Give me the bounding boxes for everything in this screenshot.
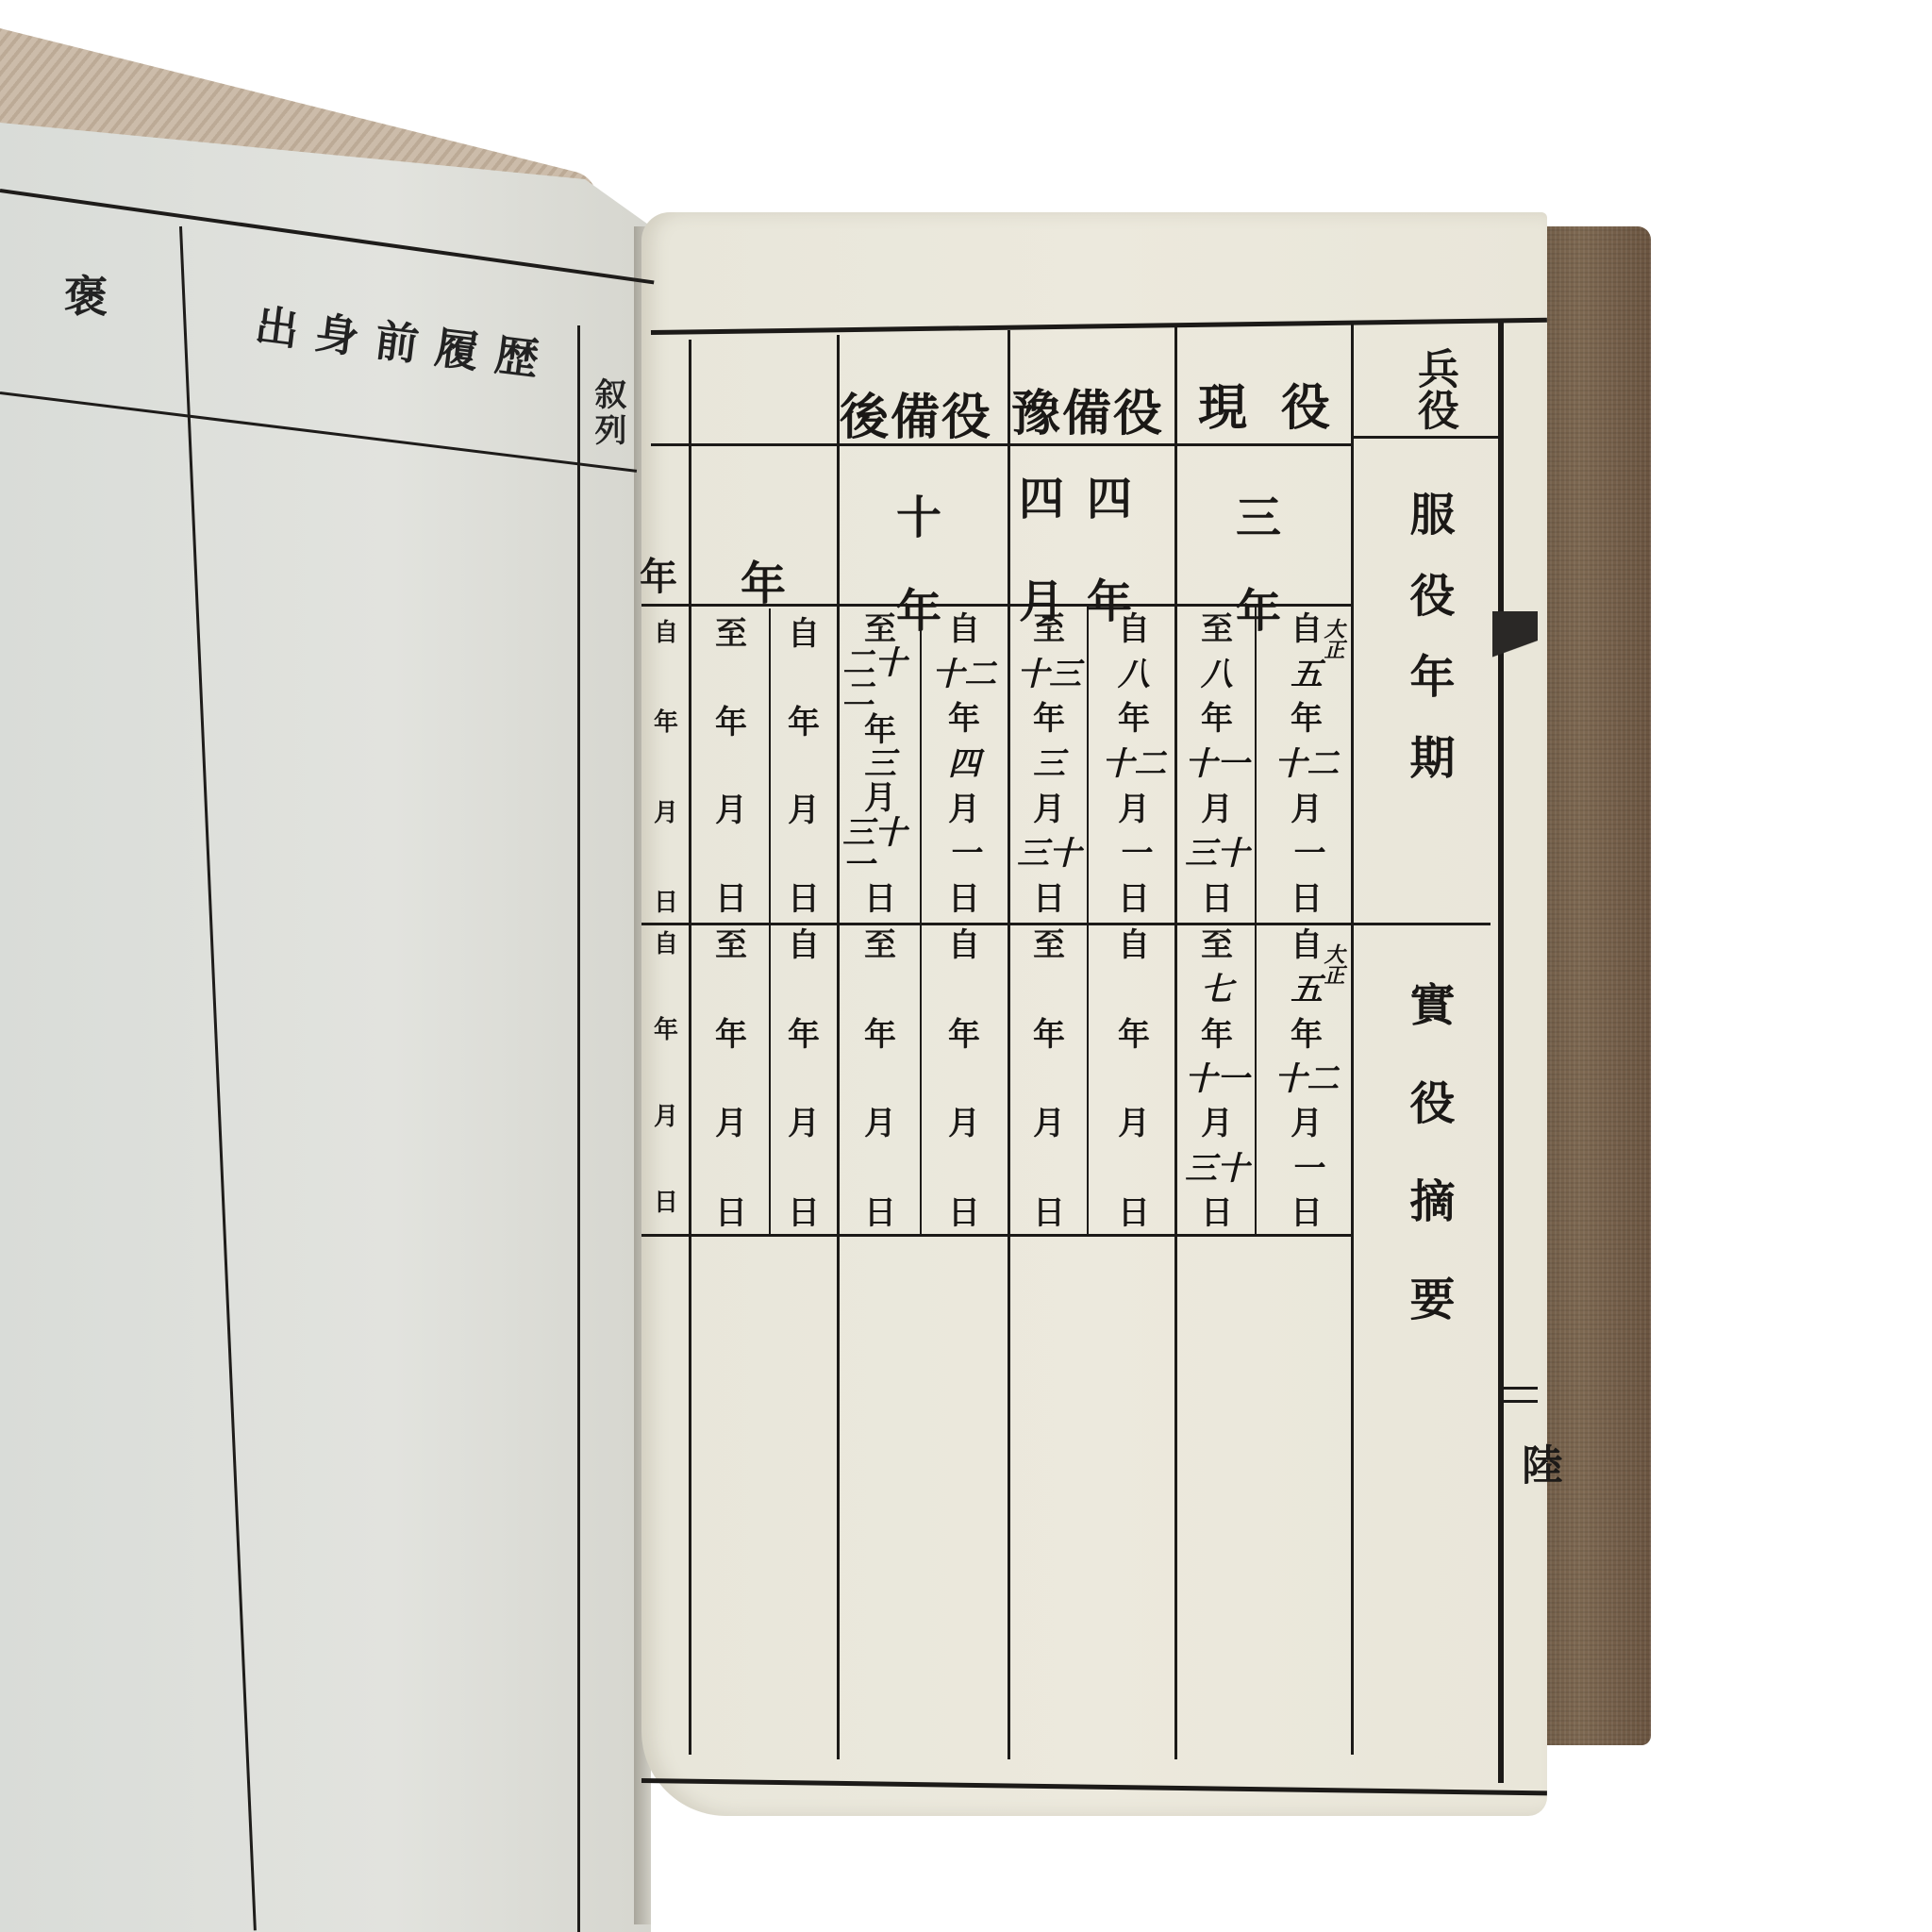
- rule-sub-3: [920, 604, 922, 1236]
- first-reserve-actual-from: 自年月日: [1094, 929, 1174, 1229]
- rule-prescribed-bottom: [641, 923, 1491, 925]
- table-right-border: [1498, 321, 1504, 1783]
- blank-actual-to: 至年月日: [696, 929, 766, 1229]
- term-unit: 年: [741, 547, 786, 612]
- rule-header-bottom: [651, 443, 1351, 446]
- header-commendation: 褒: [52, 274, 114, 326]
- column-header-active-service: 現役: [1198, 368, 1364, 439]
- second-reserve-actual-to: 至年月日: [842, 929, 918, 1229]
- era-note-actual: 大正: [1319, 943, 1348, 985]
- rule-col-2: [1008, 330, 1010, 1759]
- blank-prescribed-to: 至年月日: [696, 618, 766, 915]
- term-number: 三: [1236, 481, 1281, 546]
- column-header-second-reserve: 後備役: [840, 377, 992, 448]
- era-note: 大正: [1319, 618, 1348, 659]
- rule-sub-2: [1087, 604, 1089, 1236]
- active-actual-to: 至 七 年 十一 月 三十 日: [1179, 929, 1255, 1229]
- left-col-rule-2: [577, 325, 580, 1932]
- first-reserve-prescribed-to: 至 十三 年 三 月 三十 日: [1011, 613, 1087, 915]
- term-number-months: 四: [1019, 462, 1064, 527]
- term-partial-column: 年: [640, 547, 677, 601]
- term-first-reserve: 四 月 四 年: [1019, 462, 1132, 630]
- second-reserve-actual-from: 自年月日: [924, 929, 1004, 1229]
- edge-rule-2: [1500, 1400, 1538, 1403]
- rule-actual-bottom: [641, 1234, 1351, 1237]
- column-header-first-reserve: 豫備役: [1011, 374, 1164, 444]
- corner-label: 兵役: [1404, 347, 1464, 430]
- header-rank-enlistment: 叙列: [585, 377, 631, 449]
- rule-corner-bottom: [1351, 436, 1498, 439]
- second-reserve-prescribed-from: 自 十二 年 四 月 一 日: [924, 613, 1004, 915]
- first-reserve-prescribed-from: 自 八 年 十二 月 一 日: [1094, 613, 1174, 915]
- edge-label: 陸: [1507, 1443, 1568, 1579]
- rule-title-col: [1351, 321, 1354, 1755]
- term-number: 十: [896, 481, 941, 546]
- rule-col-3: [837, 335, 840, 1759]
- edge-rule-1: [1500, 1387, 1538, 1390]
- first-reserve-actual-to: 至年月日: [1011, 929, 1087, 1229]
- summary-title: 實役摘要: [1396, 981, 1461, 1755]
- second-reserve-prescribed-to: 至 二十二 年 三 月 三十一 日: [842, 613, 918, 915]
- term-blank-column: 年: [741, 547, 786, 612]
- rule-sub-1: [1255, 604, 1257, 1236]
- blank-actual-from: 自年月日: [774, 929, 834, 1229]
- partial-prescribed-from: 自年月日: [646, 621, 686, 915]
- rule-col-4: [689, 340, 691, 1755]
- blank-prescribed-from: 自年月日: [774, 618, 834, 915]
- rule-col-1: [1174, 325, 1177, 1759]
- partial-actual-from: 自年月日: [646, 932, 686, 1215]
- active-prescribed-to: 至 八 年 十一 月 三十 日: [1179, 613, 1255, 915]
- section-title: 服役年期: [1396, 491, 1461, 815]
- term-number-years: 四: [1087, 462, 1132, 527]
- term-unit: 年: [640, 547, 677, 601]
- fishtail-mark-icon: [1492, 611, 1538, 677]
